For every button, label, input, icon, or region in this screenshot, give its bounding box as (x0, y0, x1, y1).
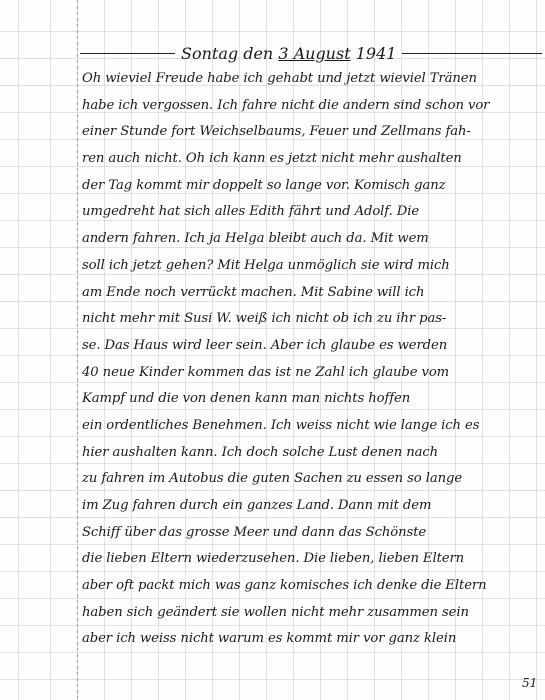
text-line: habe ich vergossen. Ich fahre nicht die … (82, 93, 544, 120)
header-rule-right (402, 53, 542, 54)
text-line: Schiff über das grosse Meer und dann das… (82, 520, 544, 547)
text-line: ein ordentliches Benehmen. Ich weiss nic… (82, 413, 544, 440)
text-line: andern fahren. Ich ja Helga bleibt auch … (82, 226, 544, 253)
diary-text: Oh wieviel Freude habe ich gehabt und je… (82, 66, 544, 653)
text-line: hier aushalten kann. Ich doch solche Lus… (82, 440, 544, 467)
text-line: se. Das Haus wird leer sein. Aber ich gl… (82, 333, 544, 360)
text-line: nicht mehr mit Susi W. weiß ich nicht ob… (82, 306, 544, 333)
heading-year: 1941 (356, 44, 397, 63)
text-line: aber oft packt mich was ganz komisches i… (82, 573, 544, 600)
text-line: Kampf und die von denen kann man nichts … (82, 386, 544, 413)
text-line: Oh wieviel Freude habe ich gehabt und je… (82, 66, 544, 93)
page-number: 51 (522, 676, 537, 690)
text-line: 40 neue Kinder kommen das ist ne Zahl ic… (82, 360, 544, 387)
text-line: soll ich jetzt gehen? Mit Helga unmöglic… (82, 253, 544, 280)
text-line: aber ich weiss nicht warum es kommt mir … (82, 626, 544, 653)
heading-date: 3 August (278, 44, 350, 63)
text-line: im Zug fahren durch ein ganzes Land. Dan… (82, 493, 544, 520)
text-line: haben sich geändert sie wollen nicht meh… (82, 600, 544, 627)
entry-date-heading: Sontag den 3 August 1941 (175, 44, 402, 63)
text-line: die lieben Eltern wiederzusehen. Die lie… (82, 546, 544, 573)
text-line: umgedreht hat sich alles Edith fährt und… (82, 199, 544, 226)
text-line: am Ende noch verrückt machen. Mit Sabine… (82, 280, 544, 307)
header-rule-left (80, 53, 175, 54)
text-line: der Tag kommt mir doppelt so lange vor. … (82, 173, 544, 200)
text-line: einer Stunde fort Weichselbaums, Feuer u… (82, 119, 544, 146)
text-line: zu fahren im Autobus die guten Sachen zu… (82, 466, 544, 493)
entry-header: Sontag den 3 August 1941 (80, 40, 542, 66)
notebook-page: Sontag den 3 August 1941 Oh wieviel Freu… (0, 0, 545, 700)
heading-day: Sontag den (181, 44, 273, 63)
margin-line (77, 0, 78, 700)
text-line: ren auch nicht. Oh ich kann es jetzt nic… (82, 146, 544, 173)
